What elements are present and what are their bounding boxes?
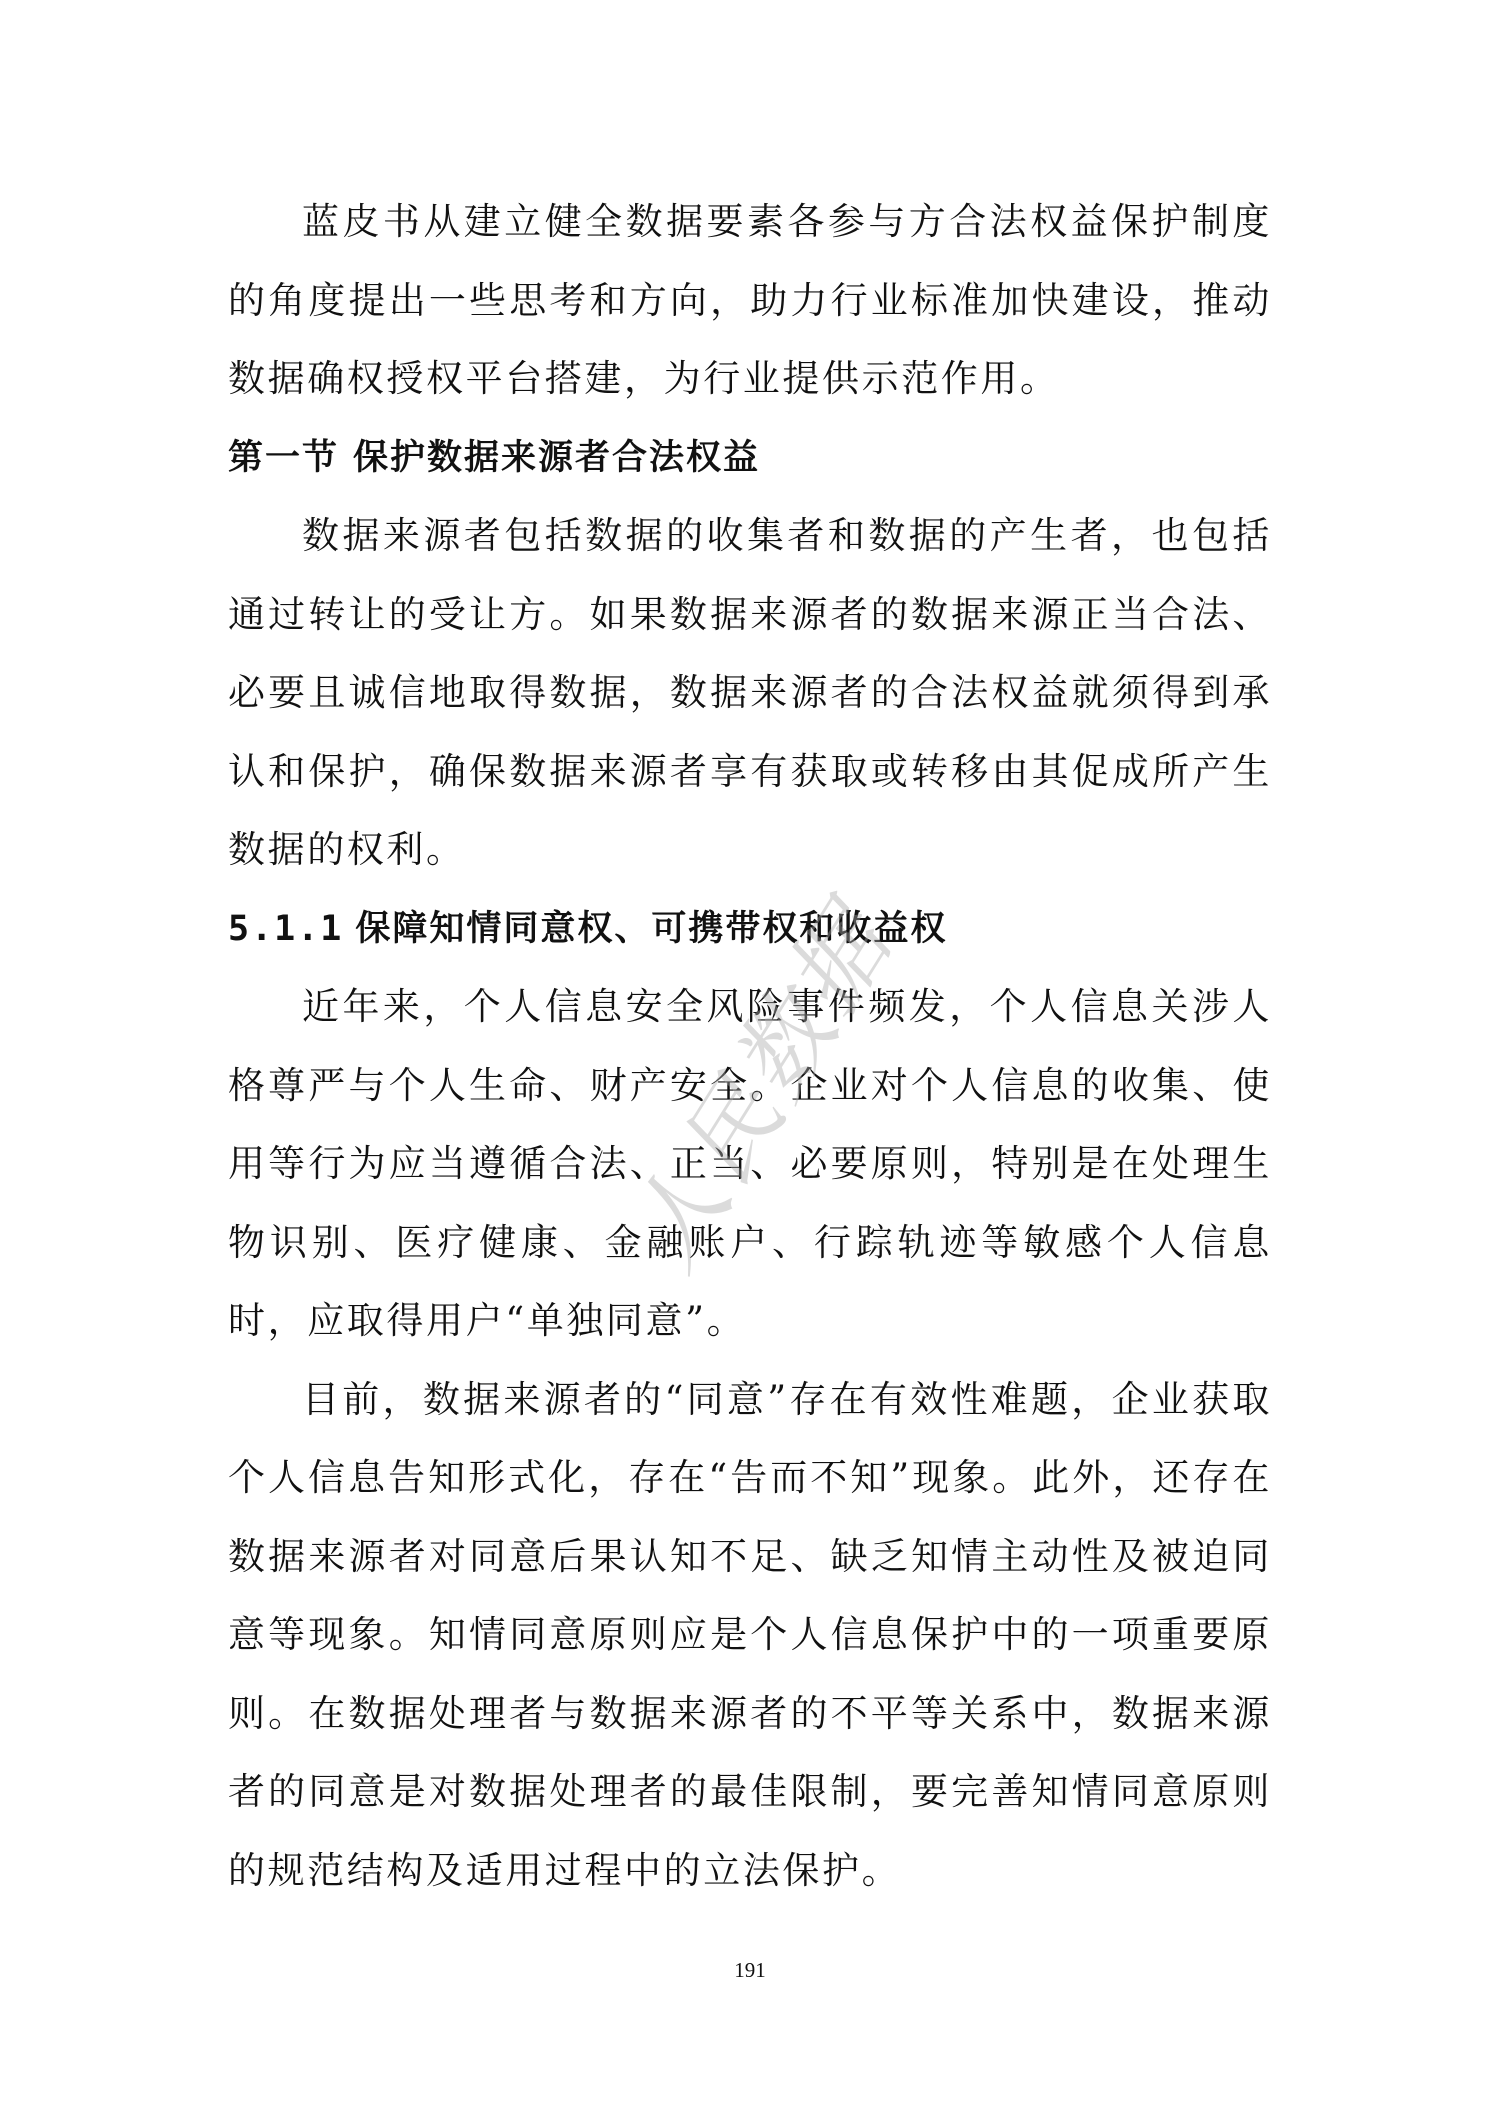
subsection-heading: 5.1.1保障知情同意权、可携带权和收益权 xyxy=(228,890,1272,969)
section-heading: 第一节保护数据来源者合法权益 xyxy=(228,419,1272,498)
section-title: 保护数据来源者合法权益 xyxy=(353,438,760,478)
body-text: 蓝皮书从建立健全数据要素各参与方合法权益保护制度的角度提出一些思考和方向，助力行… xyxy=(228,183,1272,1910)
document-page: 蓝皮书从建立健全数据要素各参与方合法权益保护制度的角度提出一些思考和方向，助力行… xyxy=(0,0,1500,2121)
subsection-title: 保障知情同意权、可携带权和收益权 xyxy=(355,909,947,949)
page-number: 191 xyxy=(0,1958,1500,1983)
section-number: 第一节 xyxy=(228,438,339,478)
paragraph-intro: 蓝皮书从建立健全数据要素各参与方合法权益保护制度的角度提出一些思考和方向，助力行… xyxy=(228,183,1272,419)
paragraph-consent-issues: 目前，数据来源者的“同意”存在有效性难题，企业获取个人信息告知形式化，存在“告而… xyxy=(228,1361,1272,1911)
paragraph-data-source: 数据来源者包括数据的收集者和数据的产生者，也包括通过转让的受让方。如果数据来源者… xyxy=(228,497,1272,890)
paragraph-personal-info-risk: 近年来，个人信息安全风险事件频发，个人信息关涉人格尊严与个人生命、财产安全。企业… xyxy=(228,968,1272,1361)
subsection-number: 5.1.1 xyxy=(228,909,343,949)
